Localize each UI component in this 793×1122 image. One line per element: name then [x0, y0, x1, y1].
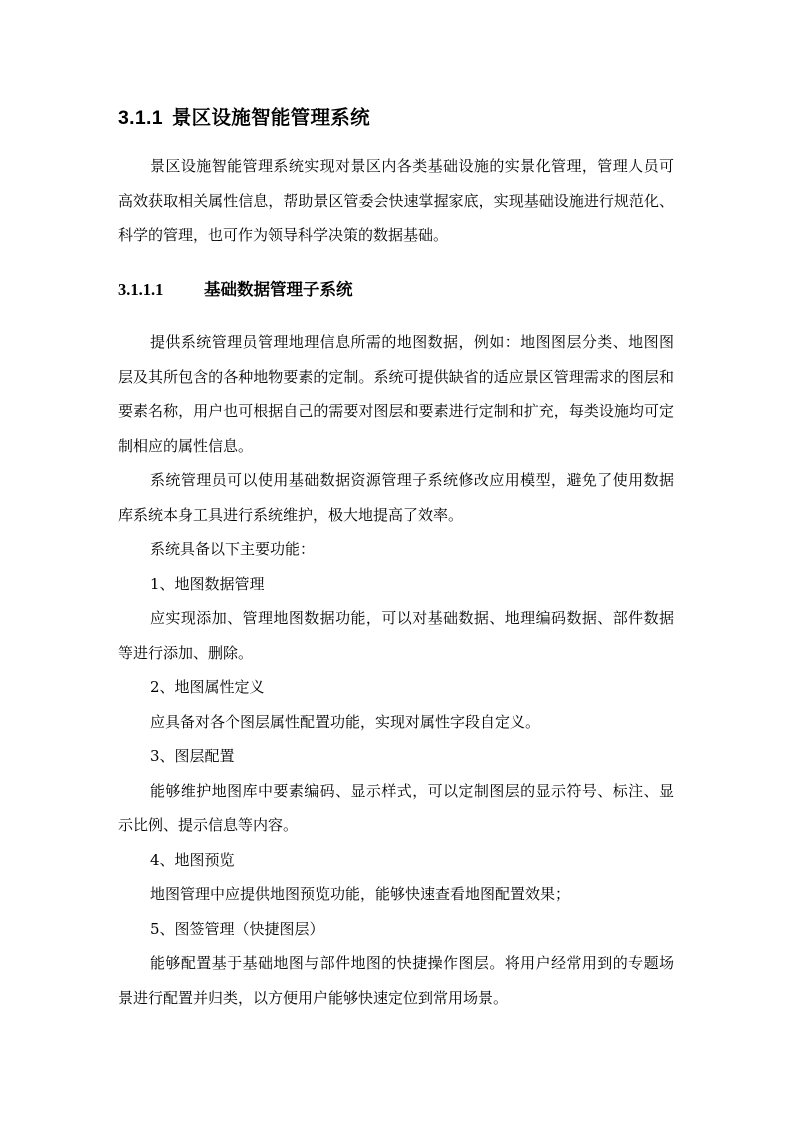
- function-title-map-attribute-definition: 2、地图属性定义: [118, 670, 674, 705]
- section-intro-block: 景区设施智能管理系统实现对景区内各类基础设施的实景化管理，管理人员可高效获取相关…: [118, 149, 674, 253]
- function-desc-map-attribute-definition: 应具备对各个图层属性配置功能，实现对属性字段自定义。: [118, 705, 674, 740]
- subsection-number: 3.1.1.1: [118, 277, 204, 303]
- function-title-layer-configuration: 3、图层配置: [118, 739, 674, 774]
- function-desc-label-management: 能够配置基于基础地图与部件地图的快捷操作图层。将用户经常用到的专题场景进行配置并…: [118, 946, 674, 1015]
- subsection-body: 提供系统管理员管理地理信息所需的地图数据，例如：地图图层分类、地图图层及其所包含…: [118, 325, 674, 1015]
- function-title-map-data-management: 1、地图数据管理: [118, 567, 674, 602]
- section-intro-paragraph: 景区设施智能管理系统实现对景区内各类基础设施的实景化管理，管理人员可高效获取相关…: [118, 149, 674, 253]
- section-title: 景区设施智能管理系统: [172, 106, 370, 129]
- paragraph-admin-model: 系统管理员可以使用基础数据资源管理子系统修改应用模型，避免了使用数据库系统本身工…: [118, 463, 674, 532]
- paragraph-map-data-overview: 提供系统管理员管理地理信息所需的地图数据，例如：地图图层分类、地图图层及其所包含…: [118, 325, 674, 463]
- paragraph-functions-intro: 系统具备以下主要功能：: [118, 532, 674, 567]
- subsection-title: 基础数据管理子系统: [204, 280, 353, 299]
- subsection-heading: 3.1.1.1基础数据管理子系统: [118, 277, 353, 303]
- function-title-map-preview: 4、地图预览: [118, 843, 674, 878]
- function-desc-map-data-management: 应实现添加、管理地图数据功能，可以对基础数据、地理编码数据、部件数据等进行添加、…: [118, 601, 674, 670]
- function-desc-map-preview: 地图管理中应提供地图预览功能，能够快速查看地图配置效果；: [118, 877, 674, 912]
- function-title-label-management: 5、图签管理（快捷图层）: [118, 912, 674, 947]
- function-desc-layer-configuration: 能够维护地图库中要素编码、显示样式，可以定制图层的显示符号、标注、显示比例、提示…: [118, 774, 674, 843]
- section-heading: 3.1.1景区设施智能管理系统: [118, 104, 370, 132]
- section-number: 3.1.1: [118, 107, 163, 129]
